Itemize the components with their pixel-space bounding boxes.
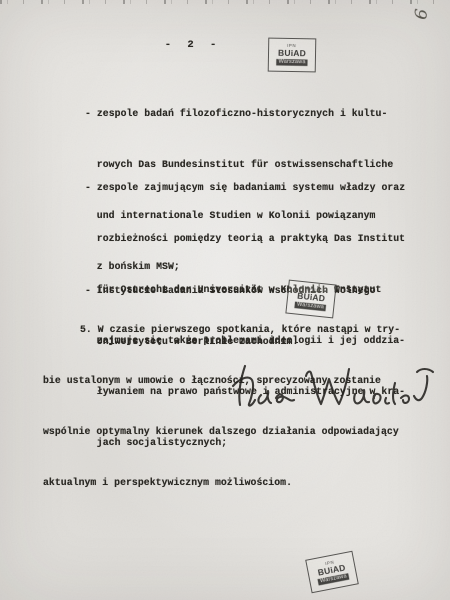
bullet-line: - zespole zajmującym się badaniami syste… <box>85 179 405 196</box>
handwritten-signature <box>224 350 436 420</box>
archive-stamp: IPN BUiAD Warszawa <box>305 551 359 594</box>
scanned-document-page: 9 - 2 - IPN BUiAD Warszawa - zespole bad… <box>0 0 450 600</box>
scan-edge-artifact <box>0 0 450 4</box>
handwritten-page-mark: 9 <box>409 8 430 21</box>
stamp-institution-abbr: IPN <box>287 44 296 48</box>
page-number: - 2 - <box>148 37 238 54</box>
bullet-line: rozbieżności pomiędzy teorią a praktyką … <box>85 230 405 247</box>
stamp-bureau-abbr: BUiAD <box>278 49 306 58</box>
paragraph-line: 5. W czasie pierwszego spotkania, które … <box>43 321 400 338</box>
archive-stamp: IPN BUiAD Warszawa <box>268 38 317 73</box>
paragraph-line: wspólnie optymalny kierunek dalszego dzi… <box>43 423 400 440</box>
paragraph-line: aktualnym i perspektywicznym możliwościo… <box>43 474 400 491</box>
stamp-city: Warszawa <box>294 302 326 312</box>
bullet-line: - zespole badań filozoficzno-historyczny… <box>85 105 393 122</box>
stamp-institution-abbr: IPN <box>307 288 317 293</box>
signature-strokes <box>224 350 436 420</box>
archive-stamp: IPN BUiAD Warszawa <box>285 280 336 319</box>
stamp-city: Warszawa <box>276 59 308 66</box>
